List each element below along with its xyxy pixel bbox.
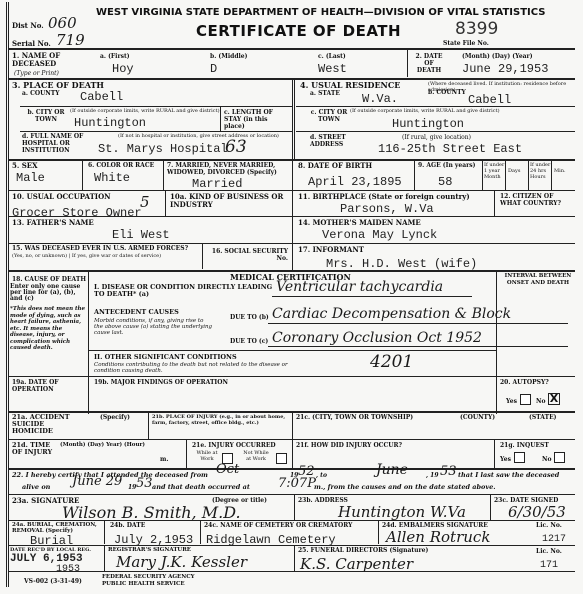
under-day-hours-label: If under 24 hrs Hours — [530, 162, 556, 180]
father-label: 13. FATHER'S NAME — [12, 219, 94, 227]
disease-condition-label: I. DISEASE OR CONDITION DIRECTLY LEADING… — [94, 284, 274, 298]
residence-county-label: b. COUNTY — [428, 89, 466, 96]
usual-residence-label: 4. USUAL RESIDENCE — [300, 81, 400, 89]
autopsy-label: 20. AUTOPSY? — [500, 379, 549, 386]
death-occurred-text: and that death occurred at — [152, 484, 250, 491]
attended-to-year: 53 — [440, 464, 457, 479]
residence-state-label: a. STATE — [310, 90, 340, 97]
injury-city-label: 21c. (CITY, TOWN OR TOWNSHIP) — [296, 414, 413, 421]
name-sub-label: (Type or Print) — [14, 70, 59, 77]
middle-name-label: b. (Middle) — [210, 53, 247, 60]
marital-label: 7. MARRIED, NEVER MARRIED, WIDOWED, DIVO… — [167, 162, 292, 176]
certify-text-4: , 19 — [426, 472, 439, 479]
burial-date-label: 24b. DATE — [110, 522, 145, 529]
inquest-no-label: No — [542, 456, 552, 463]
operation-findings-label: 19b. MAJOR FINDINGS OF OPERATION — [94, 379, 228, 386]
dist-label: Dist No. — [12, 22, 44, 30]
autopsy-no-label: No — [536, 398, 546, 405]
state-file-label: State File No. — [443, 40, 489, 47]
ssn-label: 16. SOCIAL SECURITY No. — [208, 248, 288, 262]
race-label: 6. COLOR OR RACE — [88, 162, 154, 169]
funeral-director-label: 25. FUNERAL DIRECTORS (Signature) — [298, 547, 428, 554]
antecedent-label: ANTECEDENT CAUSES — [94, 308, 179, 316]
date-signed: 6/30/53 — [508, 503, 566, 521]
hospital-label: d. FULL NAME OF HOSPITAL OR INSTITUTION — [22, 133, 92, 154]
informant-label: 17. INFORMANT — [298, 246, 364, 254]
injury-state-label: (STATE) — [529, 414, 557, 421]
attended-to-month: June — [376, 462, 408, 478]
residence-city-label: c. CITY OR TOWN — [310, 109, 348, 123]
cause-note-1: Enter only one cause per line for (a), (… — [10, 284, 86, 302]
business-label: 10a. KIND OF BUSINESS OR INDUSTRY — [170, 193, 290, 209]
injury-time-columns: (Month) (Day) Year) (Hour) — [60, 442, 145, 449]
accident-specify: (Specify) — [100, 414, 130, 421]
under-day-min-label: Min. — [554, 168, 566, 175]
hospital-name: St. Marys Hospital — [98, 143, 228, 156]
injury-occurred-label: 21e. INJURY OCCURRED — [192, 442, 276, 449]
residence-state: W.Va. — [362, 93, 398, 106]
street-note: (If rural, give location) — [402, 134, 471, 141]
cemetery-label: 24c. NAME OF CEMETERY OR CREMATORY — [204, 522, 352, 529]
serial-number: 719 — [56, 31, 85, 49]
place-of-death-label: 3. PLACE OF DEATH — [12, 81, 104, 89]
length-of-stay-label: c. LENGTH OF STAY (in this place) — [224, 109, 290, 130]
inquest-label: 21g. INQUEST — [500, 442, 549, 449]
not-while-at-work-checkbox[interactable] — [276, 453, 287, 464]
cause-c: Coronary Occlusion Oct 1952 — [272, 330, 482, 346]
alive-on-text: alive on — [22, 484, 50, 491]
other-conditions-note: Conditions contributing to the death but… — [94, 362, 304, 374]
inquest-yes-label: Yes — [500, 456, 511, 463]
sex: Male — [16, 172, 45, 185]
accident-label: 21a. ACCIDENT SUICIDE HOMICIDE — [12, 414, 72, 435]
street-address: 116-25th Street East — [378, 143, 522, 156]
last-name-label: c. (Last) — [318, 53, 346, 60]
date-of-birth: April 23,1895 — [308, 176, 402, 189]
death-city: Huntington — [74, 117, 146, 130]
causes-stated-text: m., from the causes and on the date stat… — [314, 484, 496, 491]
operation-date-label: 19a. DATE OF OPERATION — [12, 379, 82, 393]
death-certificate: WEST VIRGINIA STATE DEPARTMENT OF HEALTH… — [0, 0, 583, 594]
mother-label: 14. MOTHER'S MAIDEN NAME — [298, 219, 421, 227]
race: White — [94, 172, 130, 185]
certificate-title: CERTIFICATE OF DEATH — [196, 22, 401, 40]
death-date-columns: (Month) (Day) (Year) — [462, 53, 533, 60]
first-name-label: a. (First) — [100, 53, 130, 60]
antecedent-note: Morbid conditions, if any, giving rise t… — [94, 318, 214, 336]
director-lic-label: Lic. No. — [536, 548, 562, 555]
due-to-c-label: DUE TO (c) — [230, 338, 268, 345]
embalmer-signature: Allen Rotruck — [386, 528, 490, 546]
city-note: (If outside corporate limits, write RURA… — [70, 108, 220, 114]
due-to-b-label: DUE TO (b) — [230, 314, 269, 321]
state-file-number: 8399 — [455, 19, 498, 39]
cause-code: 4201 — [370, 352, 413, 372]
last-name: West — [318, 63, 347, 76]
age: 58 — [438, 176, 452, 189]
attended-from-month: Oct — [216, 462, 239, 477]
death-county: Cabell — [80, 91, 123, 104]
mother-maiden-name: Verona May Lynck — [322, 229, 437, 242]
public-health-service: PUBLIC HEALTH SERVICE — [102, 581, 185, 588]
residence-city-note: (If outside corporate limits, write RURA… — [350, 108, 500, 115]
city-label: b. CITY OR TOWN — [26, 109, 66, 123]
injury-time-label: 21d. TIME OF INJURY — [12, 442, 62, 456]
armed-forces-label: 15. WAS DECEASED EVER IN U.S. ARMED FORC… — [12, 245, 188, 252]
interval-label: INTERVAL BETWEEN ONSET AND DEATH — [500, 273, 576, 287]
cause-b: Cardiac Decompensation & Block — [272, 306, 511, 322]
date-received-year: 1953 — [56, 563, 80, 576]
county-label: a. COUNTY — [22, 90, 60, 97]
middle-name: D — [210, 63, 217, 76]
occupation-label: 10. USUAL OCCUPATION — [12, 193, 111, 201]
street-label: d. STREET ADDRESS — [310, 134, 365, 148]
residence-city: Huntington — [392, 118, 464, 131]
department-heading: WEST VIRGINIA STATE DEPARTMENT OF HEALTH… — [96, 7, 545, 18]
while-at-work-label: While at Work — [192, 450, 222, 462]
name-label: 1. NAME OF DECEASED — [12, 52, 82, 68]
citizen-label: 12. CITIZEN OF WHAT COUNTRY? — [500, 193, 576, 207]
hospital-code: 63 — [225, 137, 247, 157]
sex-label: 5. SEX — [12, 162, 38, 170]
dob-label: 8. DATE OF BIRTH — [298, 162, 372, 170]
death-time: 7:07P — [278, 476, 316, 491]
birthplace-label: 11. BIRTHPLACE (State or foreign country… — [298, 193, 470, 200]
father-name: Eli West — [112, 229, 170, 242]
alive-on-year: 53 — [136, 476, 153, 491]
embalmer-lic-label: Lic. No. — [536, 522, 562, 529]
first-name: Hoy — [112, 63, 134, 76]
injury-county-label: (COUNTY) — [460, 414, 495, 421]
serial-label: Serial No. — [12, 40, 51, 48]
not-while-at-work-label: Not While at Work — [240, 450, 272, 462]
registrar-signature: Mary J.K. Kessler — [116, 553, 247, 571]
autopsy-yes-label: Yes — [506, 398, 517, 405]
certify-text-5: that I last saw the deceased — [458, 472, 559, 479]
burial-type-label: 24a. BURIAL, CREMATION, REMOVAL (Specify… — [12, 522, 104, 534]
how-injury-label: 21f. HOW DID INJURY OCCUR? — [296, 442, 402, 449]
physician-address: Huntington W.Va — [338, 503, 466, 521]
hospital-note: (If not in hospital or institution, give… — [118, 133, 293, 139]
inquest-yes-checkbox[interactable] — [514, 452, 525, 463]
death-date-label: 2. DATE OF DEATH — [412, 53, 446, 74]
alive-on-date: June 29 — [72, 474, 122, 489]
cause-a: Ventricular tachycardia — [276, 279, 443, 295]
age-label: 9. AGE (In years) — [418, 162, 475, 169]
inquest-no-checkbox[interactable] — [554, 452, 565, 463]
injury-place-label: 21b. PLACE OF INJURY (e.g., in or about … — [152, 414, 292, 426]
autopsy-no-checkbox[interactable]: X — [548, 393, 560, 405]
federal-agency: FEDERAL SECURITY AGENCY — [102, 574, 195, 581]
armed-forces-sub-label: (Yes, no, or unknown) | If yes, give war… — [12, 253, 161, 260]
other-conditions-label: II. OTHER SIGNIFICANT CONDITIONS — [94, 353, 237, 361]
form-number: VS-002 (3-31-49) — [24, 578, 82, 585]
under-year-days-label: Days — [508, 168, 520, 175]
death-date: June 29,1953 — [462, 63, 548, 76]
dist-number: 060 — [48, 14, 77, 32]
autopsy-yes-checkbox[interactable] — [520, 394, 531, 405]
birthplace: Parsons, W.Va — [340, 203, 434, 216]
injury-time-m: m. — [160, 456, 168, 463]
certify-text-3: , to — [316, 472, 327, 479]
cause-note-2: *This does not mean the mode of dying, s… — [10, 306, 86, 352]
